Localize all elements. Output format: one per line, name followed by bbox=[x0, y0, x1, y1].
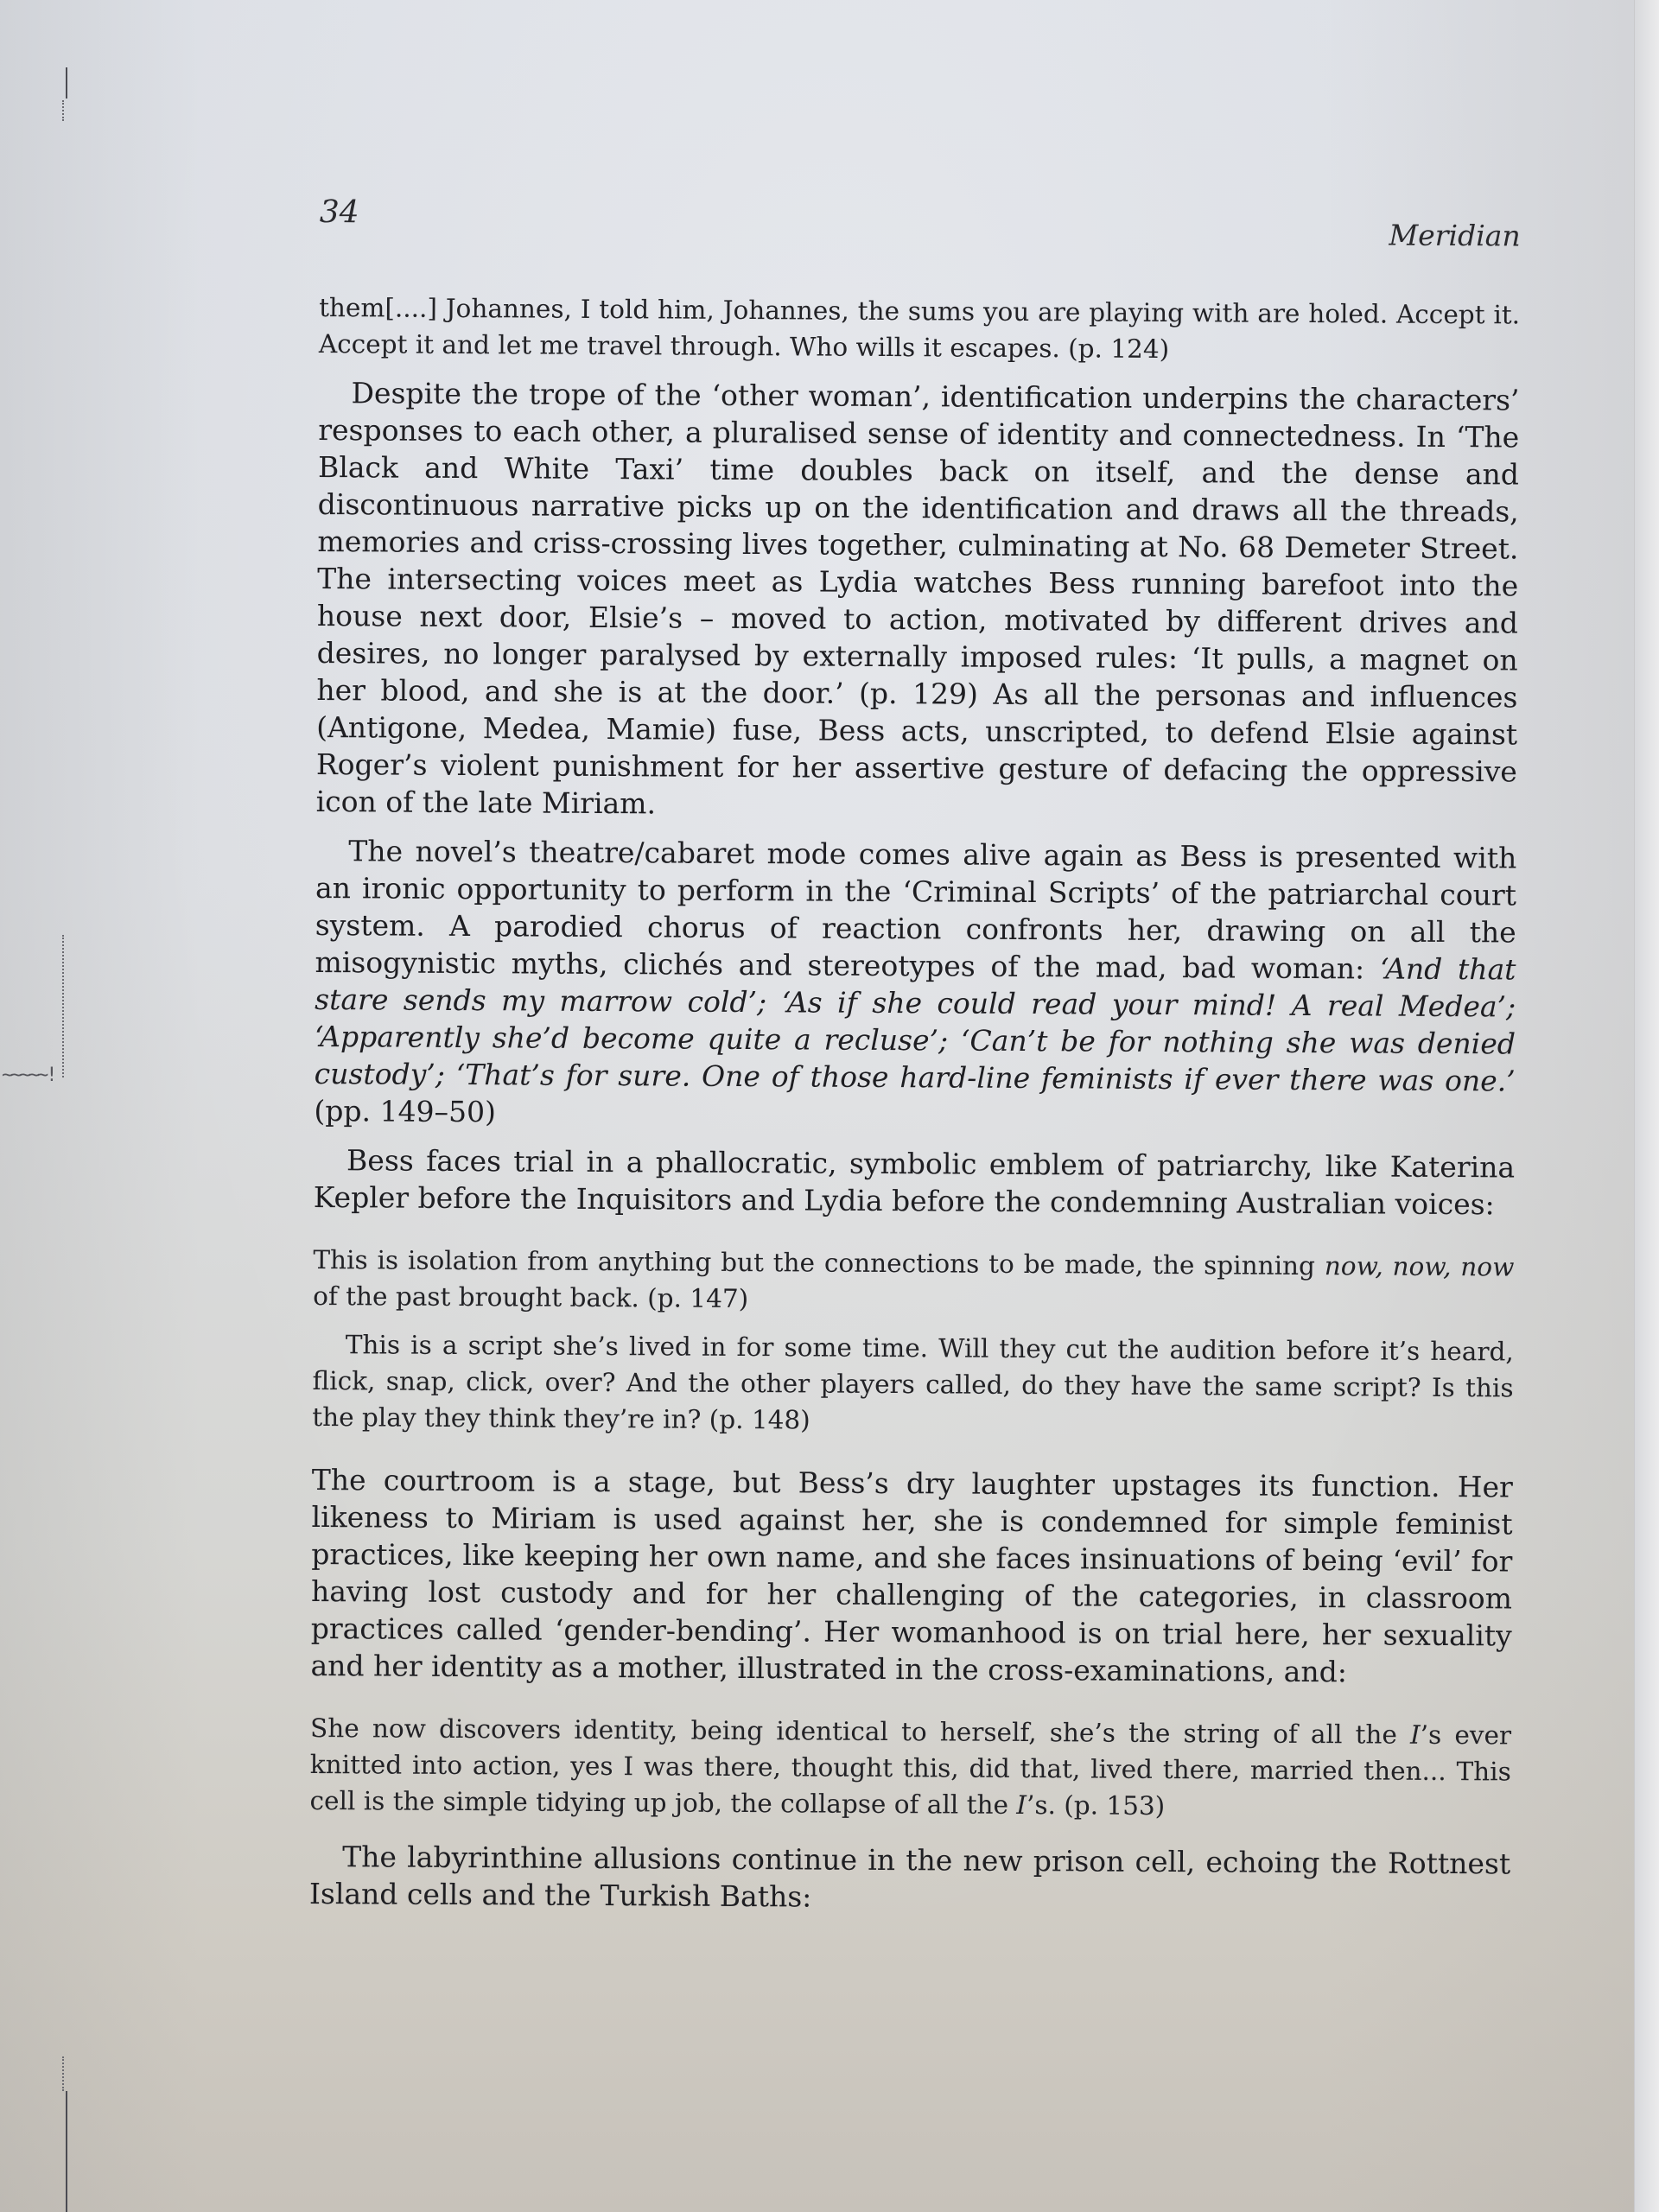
page-edge bbox=[1634, 0, 1659, 2212]
margin-dotted-mark bbox=[62, 100, 66, 121]
margin-squiggle-mark: ~~~~~! bbox=[2, 1065, 54, 1086]
paragraph-trial: Bess faces trial in a phallocratic, symb… bbox=[314, 1141, 1515, 1223]
running-head: 34 Meridian bbox=[319, 186, 1521, 296]
paragraph-courtroom: The courtroom is a stage, but Bess’s dry… bbox=[310, 1461, 1513, 1691]
paragraph-identification: Despite the trope of the ‘other woman’, … bbox=[316, 374, 1520, 827]
quote-citation: of the past brought back. (p. 147) bbox=[313, 1281, 748, 1313]
paragraph-labyrinthine: The labyrinthine allusions continue in t… bbox=[309, 1838, 1510, 1919]
block-quote-p153: She now discovers identity, being identi… bbox=[309, 1710, 1511, 1826]
margin-dotted-mark bbox=[62, 935, 66, 1077]
citation: (pp. 149–50) bbox=[314, 1094, 496, 1128]
italic-i: I bbox=[1016, 1790, 1027, 1820]
italic-i: I bbox=[1410, 1720, 1421, 1750]
quote-citation: ’s. (p. 153) bbox=[1027, 1790, 1165, 1821]
margin-pencil-mark bbox=[66, 67, 67, 99]
block-quote-p147: This is isolation from anything but the … bbox=[313, 1242, 1514, 1321]
block-quote-p148: This is a script she’s lived in for some… bbox=[312, 1326, 1514, 1442]
book-page: 34 Meridian them[....] Johannes, I told … bbox=[309, 186, 1521, 1919]
paragraph-text: The novel’s theatre/cabaret mode comes a… bbox=[315, 834, 1516, 985]
quote-text: This is isolation from anything but the … bbox=[313, 1245, 1325, 1281]
quote-text: She now discovers identity, being identi… bbox=[310, 1713, 1410, 1750]
journal-title: Meridian bbox=[1389, 219, 1521, 253]
italic-now: now, now, now bbox=[1325, 1251, 1515, 1281]
block-quote-p124: them[....] Johannes, I told him, Johanne… bbox=[319, 289, 1520, 369]
margin-dotted-mark bbox=[62, 2056, 66, 2091]
margin-pencil-line bbox=[66, 2091, 67, 2212]
paragraph-theatre-cabaret: The novel’s theatre/cabaret mode comes a… bbox=[314, 832, 1516, 1136]
page-number: 34 bbox=[320, 194, 359, 230]
